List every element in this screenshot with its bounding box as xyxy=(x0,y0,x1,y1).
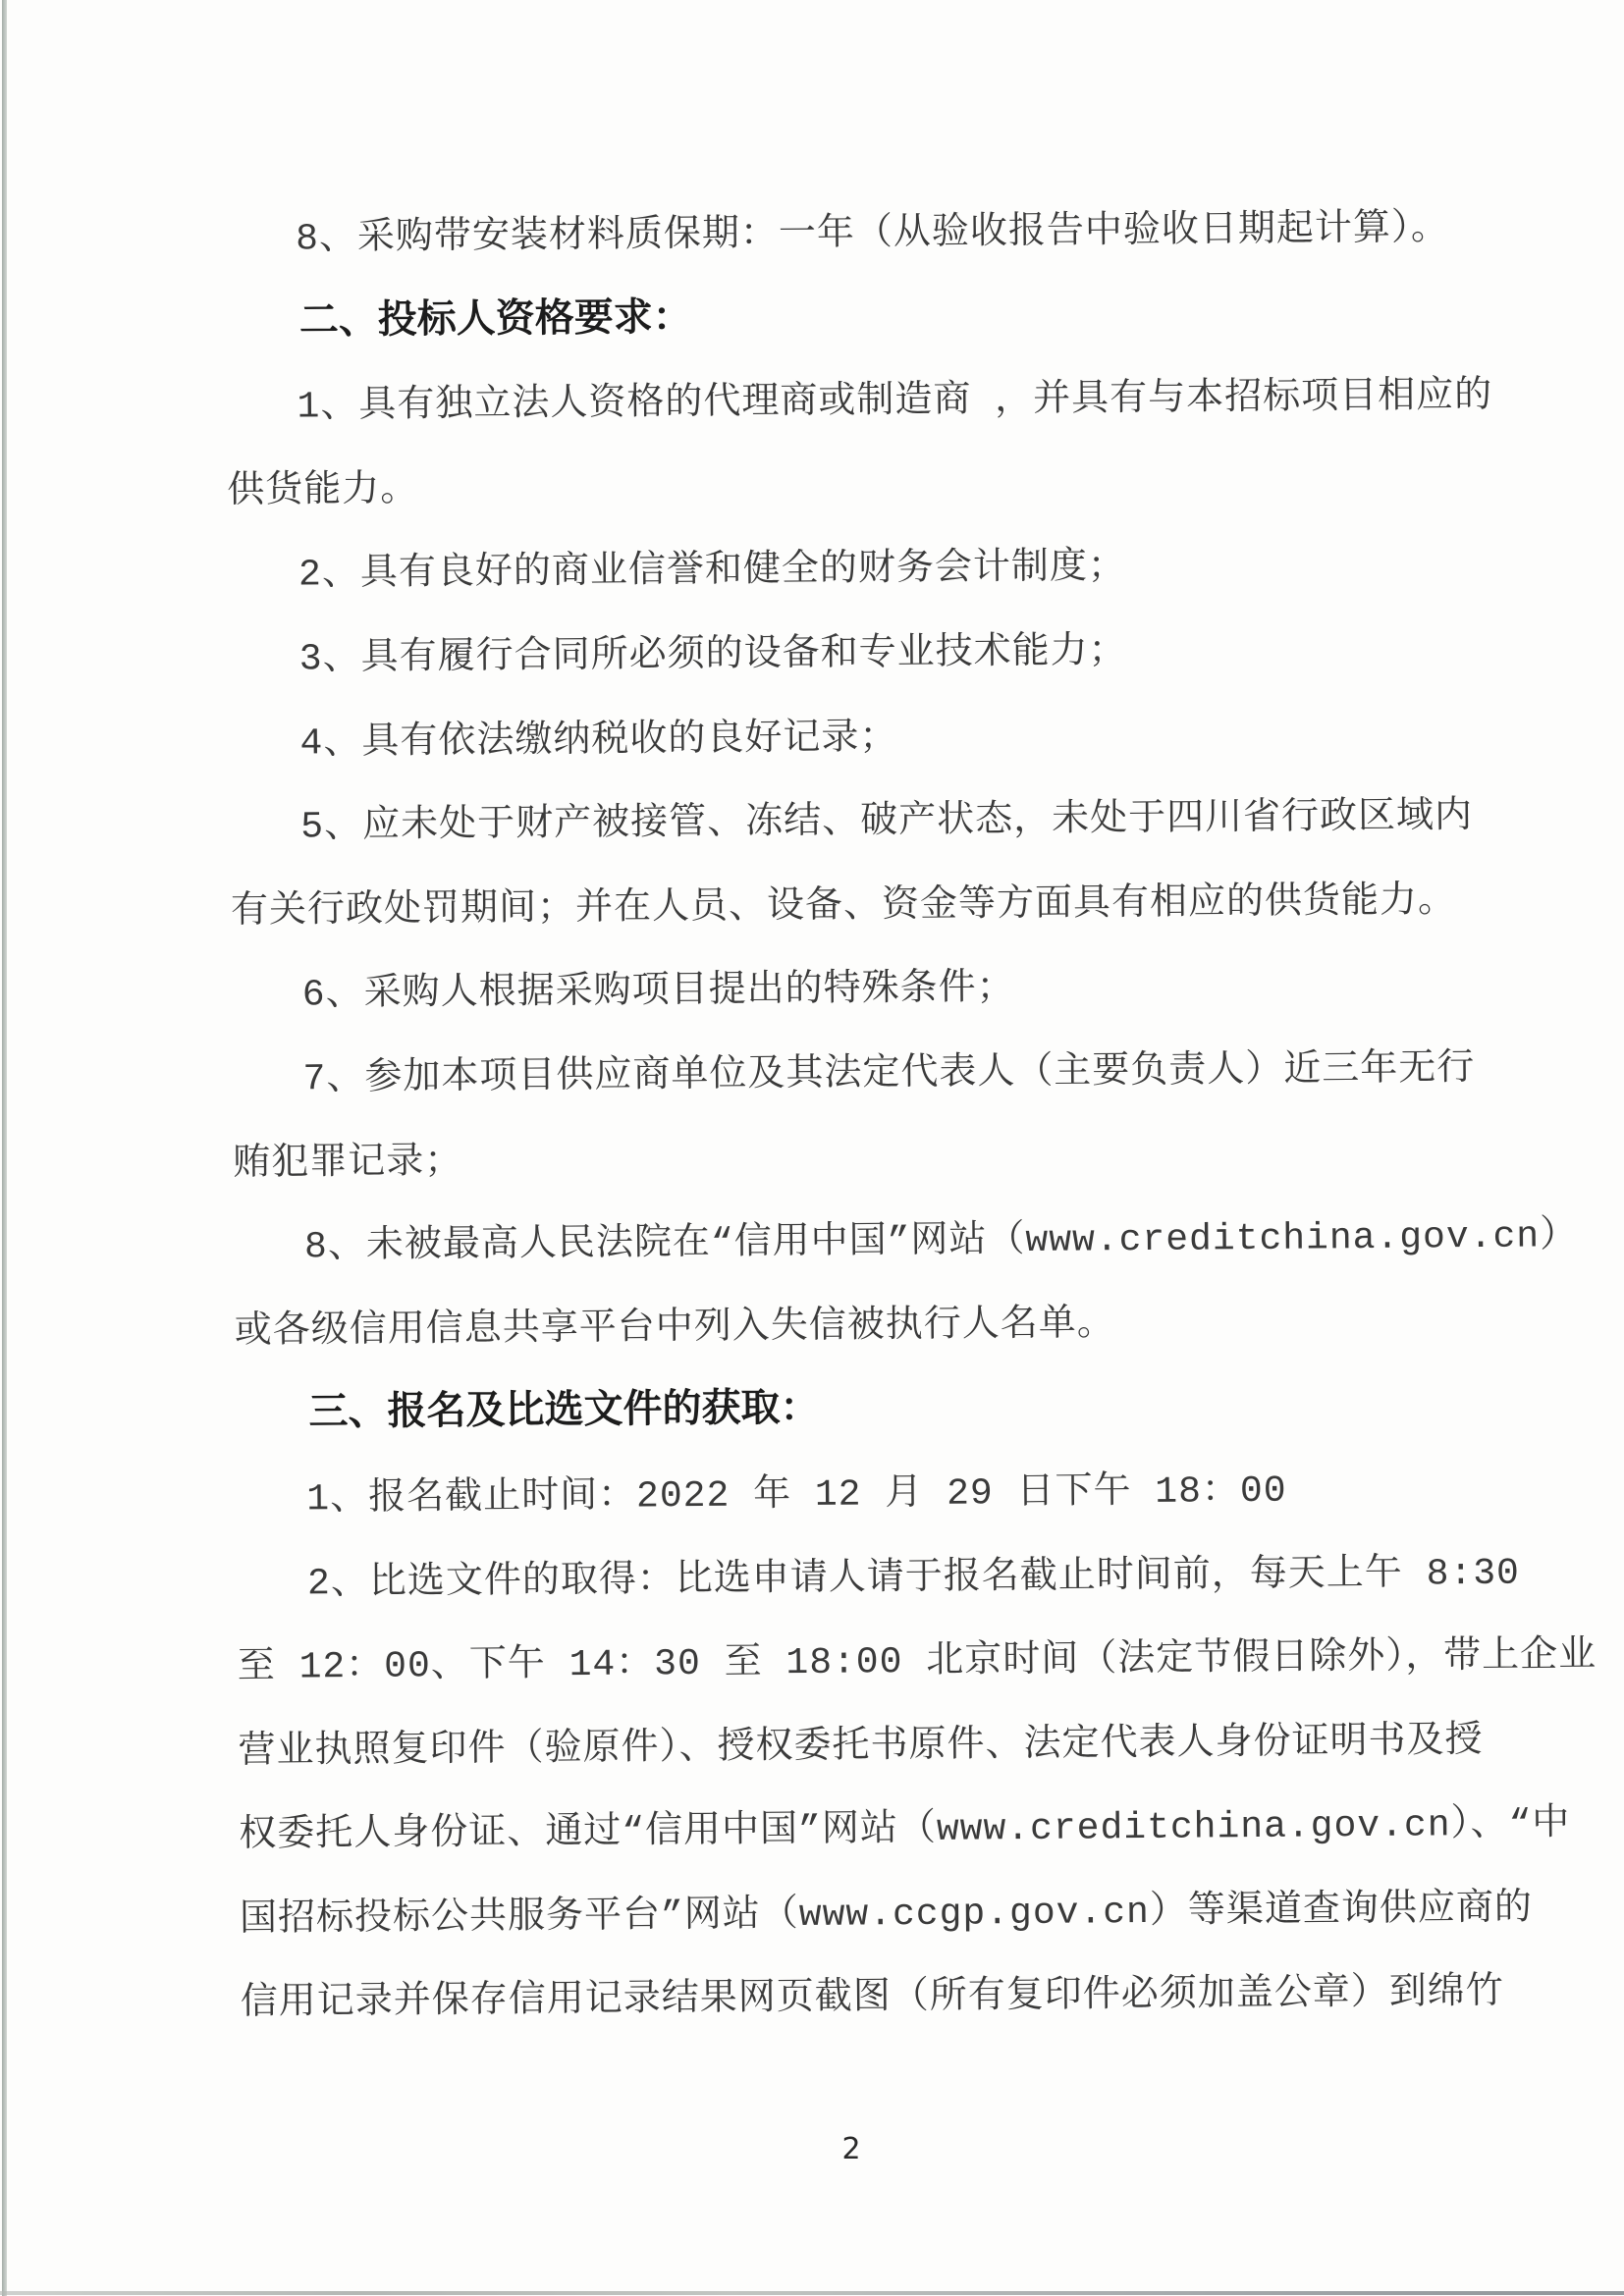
text-line: 8、采购带安装材料质保期：一年（从验收报告中验收日期起计算）。 xyxy=(296,187,1572,282)
text-line: 权委托人身份证、通过“信用中国”网站（www.creditchina.gov.c… xyxy=(239,1783,1586,1879)
text-line: 营业执照复印件（验原件）、授权委托书原件、法定代表人身份证明书及授 xyxy=(238,1699,1585,1795)
section-heading: 二、投标人资格要求： xyxy=(298,271,1572,366)
text-line: 8、未被最高人民法院在“信用中国”网站（www.creditchina.gov.… xyxy=(304,1195,1581,1290)
text-line: 或各级信用信息共享平台中列入失信被执行人名单。 xyxy=(234,1279,1581,1375)
text-line: 3、具有履行合同所必须的设备和专业技术能力； xyxy=(298,607,1575,702)
text-line: 贿犯罪记录； xyxy=(233,1111,1580,1207)
page-number: 2 xyxy=(841,2132,860,2166)
text-line: 信用记录并保存信用记录结果网页截图（所有复印件必须加盖公章）到绵竹 xyxy=(240,1951,1587,2048)
text-line: 国招标投标公共服务平台”网站（www.ccgp.gov.cn）等渠道查询供应商的 xyxy=(240,1867,1587,1963)
text-line: 供货能力。 xyxy=(227,439,1574,535)
scanned-document-page: 8、采购带安装材料质保期：一年（从验收报告中验收日期起计算）。二、投标人资格要求… xyxy=(0,0,1624,2296)
text-line: 至 12：00、下午 14：30 至 18:00 北京时间（法定节假日除外），带… xyxy=(237,1615,1584,1711)
scan-bottom-edge-artifact xyxy=(0,2291,1624,2295)
document-body: 8、采购带安装材料质保期：一年（从验收报告中验收日期起计算）。二、投标人资格要求… xyxy=(0,187,1587,2049)
text-line: 2、比选文件的取得：比选申请人请于报名截止时间前，每天上午 8:30 xyxy=(307,1531,1584,1627)
text-line: 1、具有独立法人资格的代理商或制造商 ，并具有与本招标项目相应的 xyxy=(297,354,1573,450)
text-line: 有关行政处罚期间；并在人员、设备、资金等方面具有相应的供货能力。 xyxy=(231,859,1578,955)
text-line: 2、具有良好的商业信誉和健全的财务会计制度； xyxy=(298,522,1575,617)
text-line: 1、报名截止时间：2022 年 12 月 29 日下午 18：00 xyxy=(306,1447,1583,1542)
text-line: 6、采购人根据采购项目提出的特殊条件； xyxy=(301,942,1578,1038)
section-heading: 三、报名及比选文件的获取： xyxy=(308,1362,1582,1458)
text-line: 4、具有依法缴纳税收的良好记录； xyxy=(299,691,1576,786)
text-line: 7、参加本项目供应商单位及其法定代表人（主要负责人）近三年无行 xyxy=(302,1027,1579,1122)
text-line: 5、应未处于财产被接管、冻结、破产状态，未处于四川省行政区域内 xyxy=(300,774,1577,870)
